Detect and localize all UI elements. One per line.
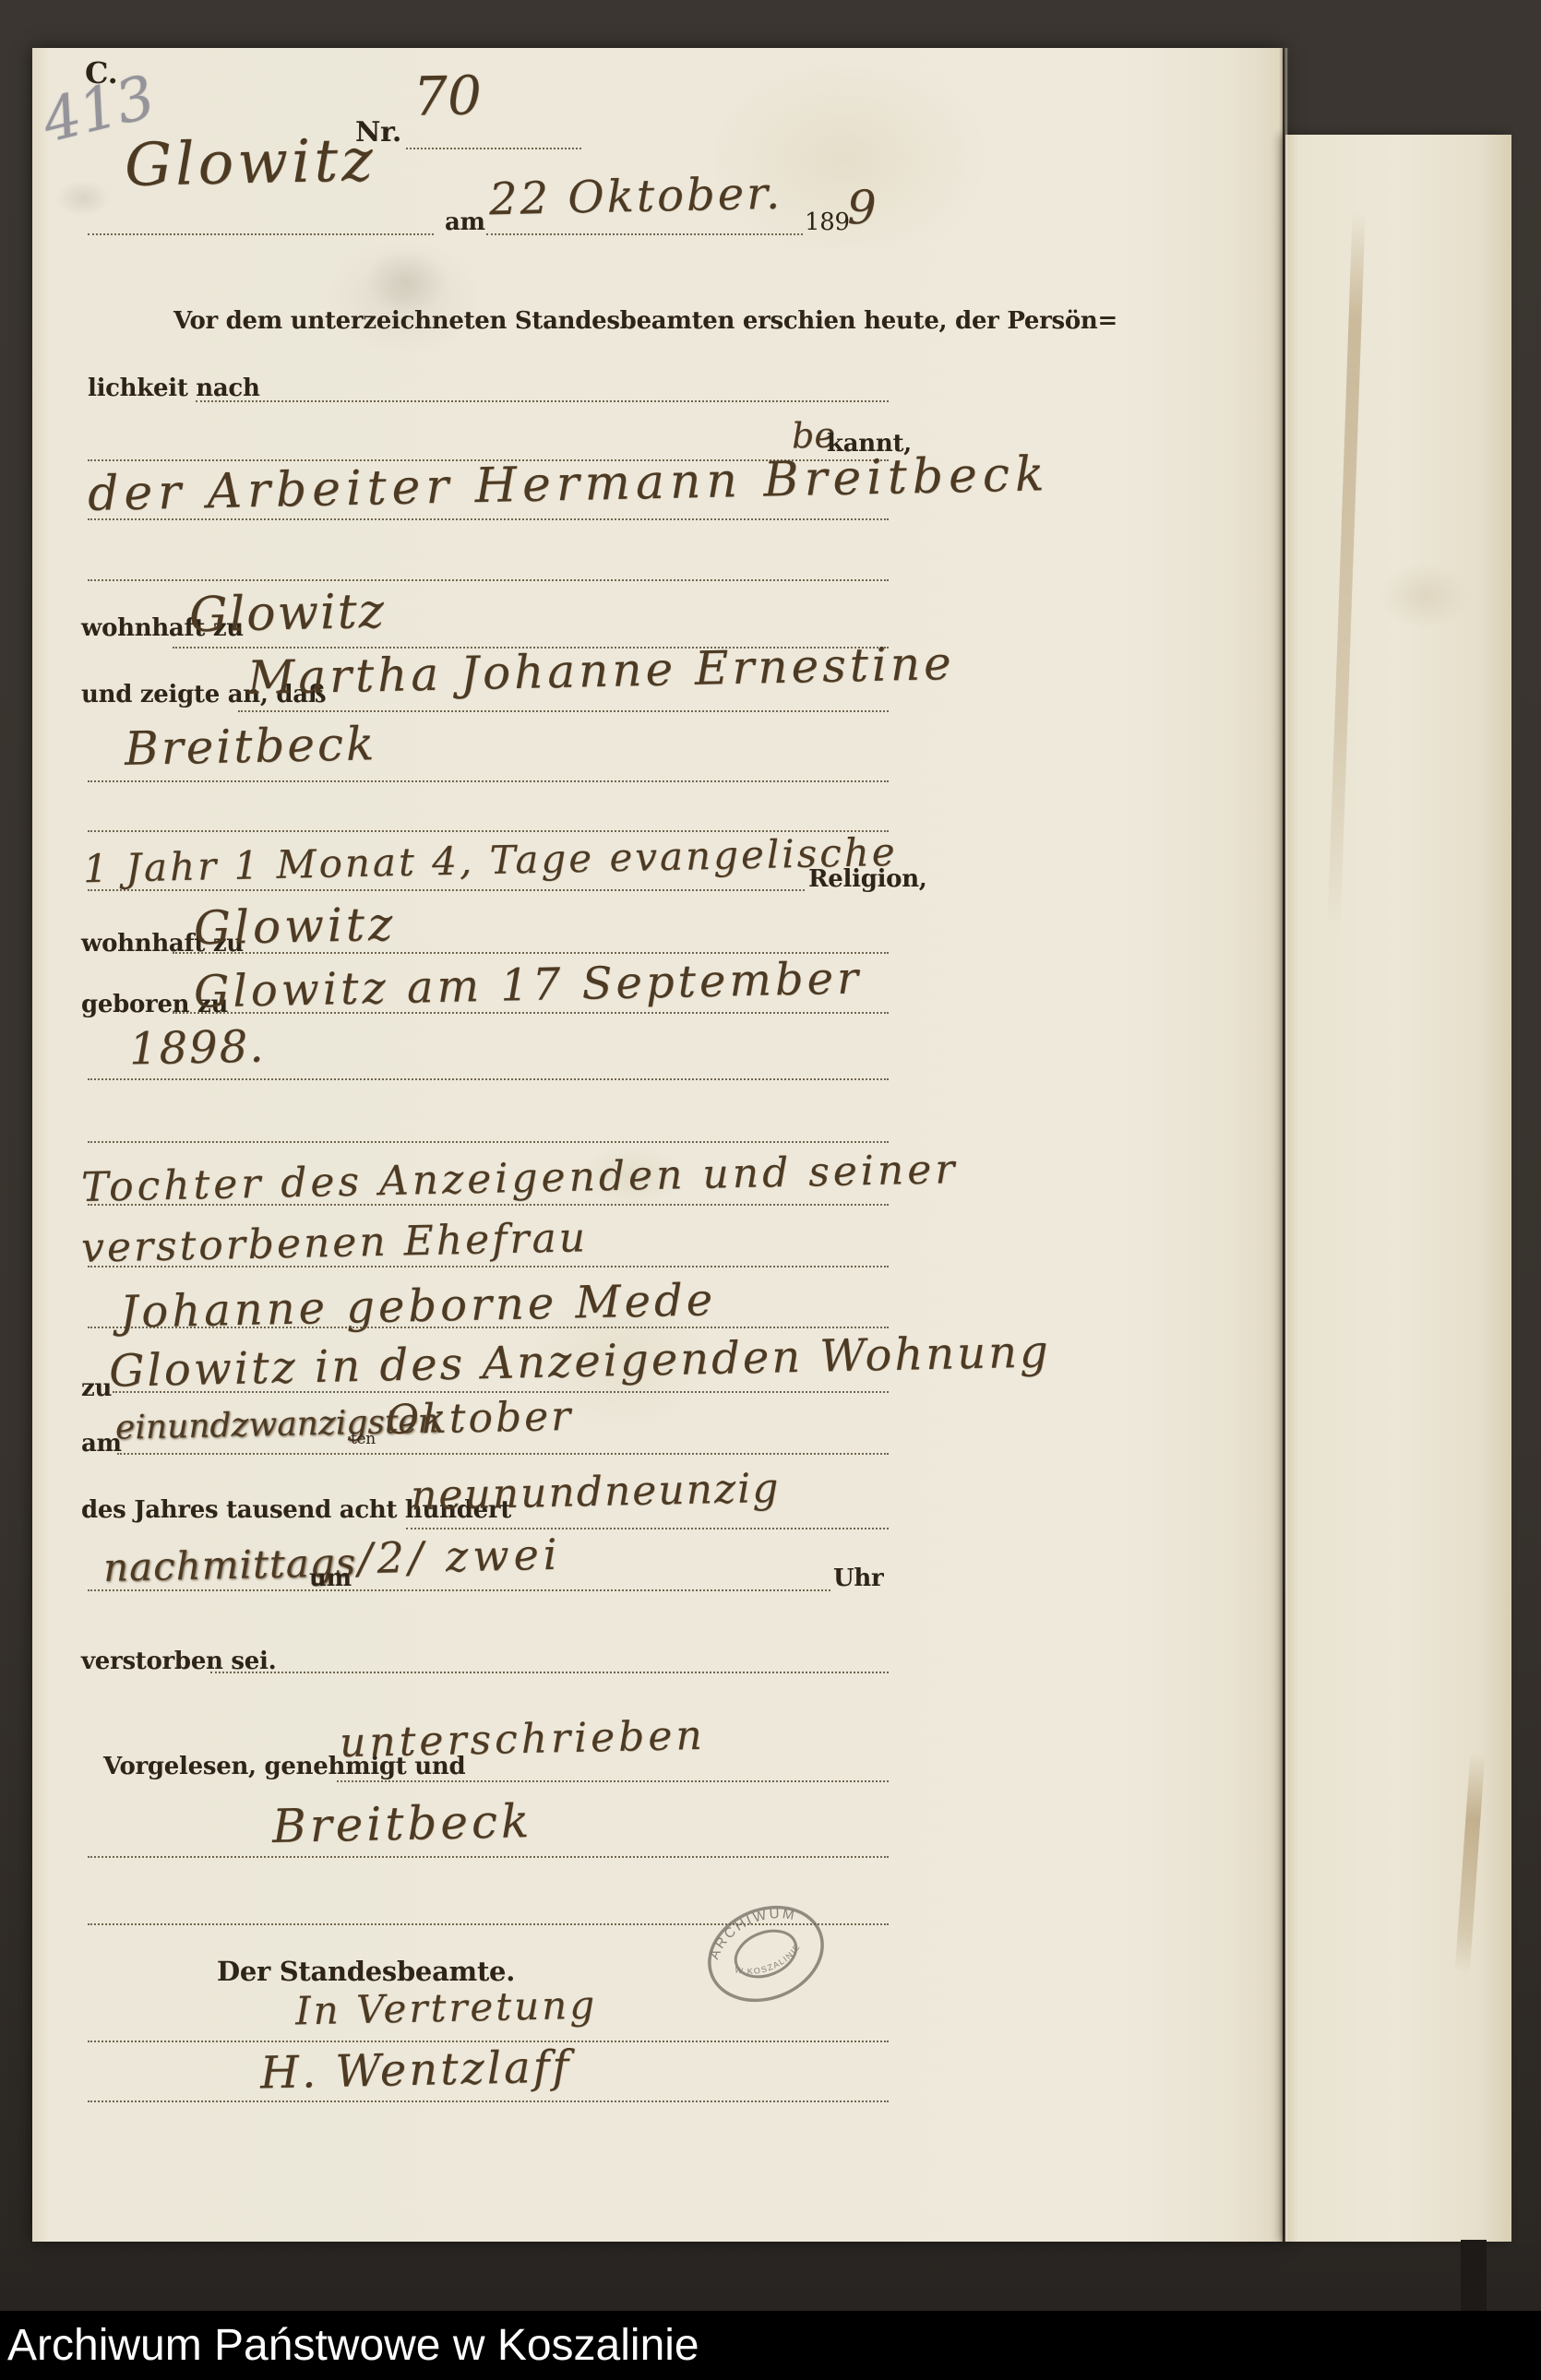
- dotted-line: [88, 1078, 889, 1080]
- place-label: zu: [81, 1374, 112, 1402]
- day-ordinal-suffix: ten: [351, 1430, 376, 1448]
- dotted-line: [88, 889, 805, 891]
- intro-text-line1: Vor dem unterzeichneten Standesbeamten e…: [173, 307, 1117, 335]
- intro-text-line2: lichkeit nach: [88, 375, 260, 402]
- year-written: 9: [846, 181, 877, 235]
- dotted-line: [88, 579, 889, 581]
- archive-caption: Archiwum Państwowe w Koszalinie: [7, 2320, 699, 2371]
- registrar-title: Der Standesbeamte.: [217, 1956, 515, 1987]
- declarant-signature: Breitbeck: [271, 1794, 532, 1853]
- dotted-line: [88, 1141, 889, 1143]
- dotted-line: [88, 1589, 830, 1591]
- page-gap-shadow: [1461, 2240, 1487, 2314]
- religion-label: Religion,: [808, 865, 927, 893]
- dotted-line: [117, 1453, 889, 1455]
- caption-bar: Archiwum Państwowe w Koszalinie: [0, 2311, 1541, 2380]
- dotted-line: [238, 710, 889, 712]
- ink-smudge: [364, 249, 448, 314]
- time-value: /2/ zwei: [357, 1529, 562, 1584]
- dotted-line: [88, 2100, 889, 2102]
- ink-smudge: [55, 180, 111, 217]
- dotted-line: [196, 400, 889, 402]
- record-date: 22 Oktober.: [488, 168, 782, 226]
- dotted-line: [486, 233, 803, 235]
- record-place: Glowitz: [124, 126, 376, 200]
- residence2-value: Glowitz: [193, 898, 396, 956]
- deceased-surname: Breitbeck: [124, 717, 376, 776]
- dotted-line: [337, 1780, 889, 1782]
- dotted-line: [88, 1856, 889, 1858]
- signed-handwritten: unterschrieben: [340, 1712, 707, 1767]
- death-month: Oktober: [385, 1393, 573, 1444]
- death-year: neunundneunzig: [411, 1465, 781, 1519]
- binding-crease: [1279, 48, 1288, 2242]
- record-number-value: 70: [412, 64, 482, 128]
- dotted-line: [406, 1528, 889, 1529]
- registrar-signature: H. Wentzlaff: [259, 2041, 571, 2099]
- dotted-line: [406, 148, 581, 149]
- dotted-line: [210, 1672, 889, 1673]
- deputy-note: In Vertretung: [295, 1982, 598, 2034]
- am-label: am: [445, 208, 485, 236]
- dotted-line: [113, 1391, 889, 1393]
- year-printed: 189: [805, 208, 850, 236]
- residence-value: Glowitz: [188, 584, 386, 643]
- uhr-label: Uhr: [833, 1565, 883, 1592]
- document-scan: C. 413 Nr. 70 Glowitz am 22 Oktober. 189…: [0, 0, 1541, 2380]
- dotted-line: [88, 1204, 889, 1206]
- dotted-line: [88, 518, 889, 520]
- dotted-line: [88, 1327, 889, 1328]
- um-label: um: [309, 1565, 352, 1592]
- dotted-line: [173, 1012, 889, 1014]
- dotted-line: [88, 233, 434, 235]
- born-year: 1898.: [128, 1020, 266, 1075]
- dotted-line: [88, 780, 889, 782]
- next-page-edge: [1285, 135, 1511, 2242]
- dotted-line: [88, 1266, 889, 1267]
